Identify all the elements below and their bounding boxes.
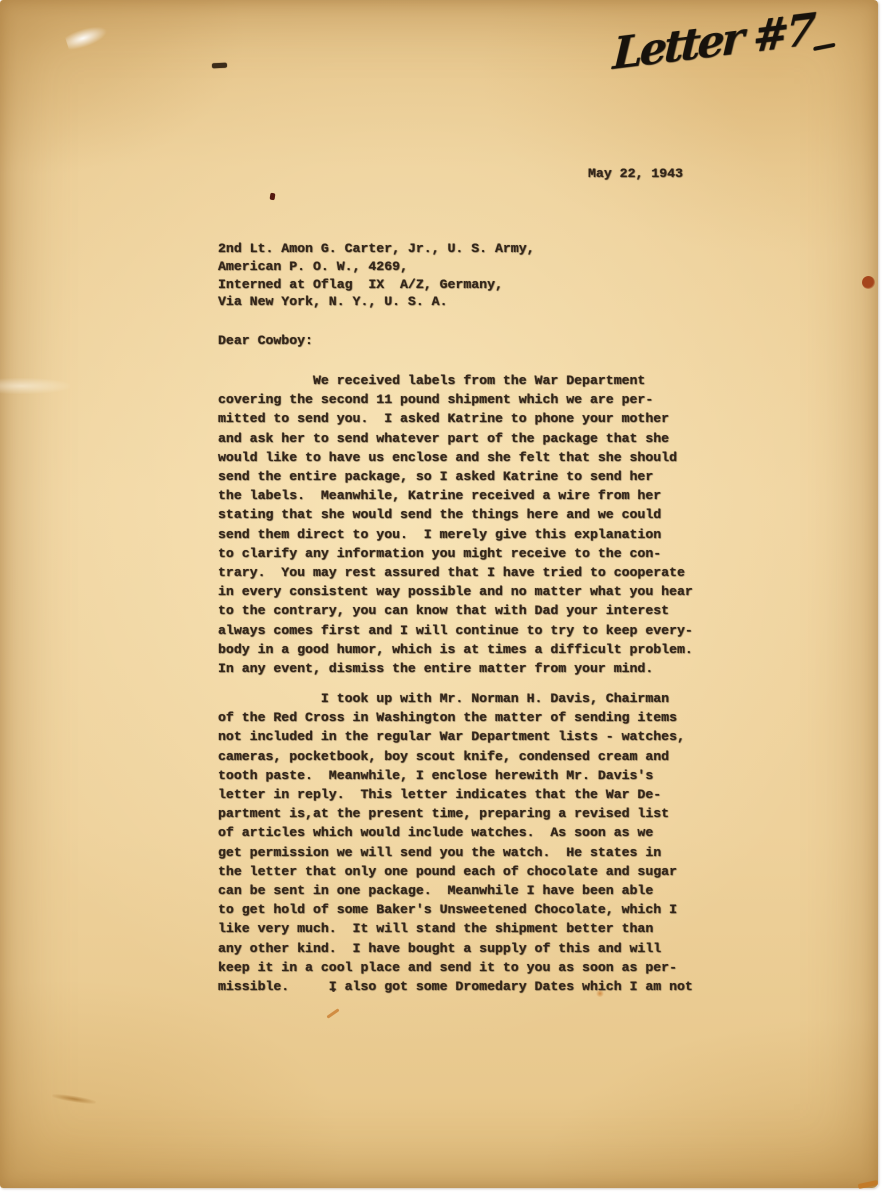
corner-stain-mark bbox=[858, 1180, 879, 1189]
underline-stroke bbox=[814, 43, 836, 51]
ink-speck bbox=[270, 193, 276, 201]
recipient-address: 2nd Lt. Amon G. Carter, Jr., U. S. Army,… bbox=[218, 240, 535, 311]
address-line: 2nd Lt. Amon G. Carter, Jr., U. S. Army, bbox=[218, 241, 535, 256]
red-ink-stain bbox=[862, 276, 875, 289]
address-line: Via New York, N. Y., U. S. A. bbox=[218, 294, 448, 309]
handwritten-annotation-text: Letter #7 bbox=[612, 5, 814, 80]
brown-squiggle-mark bbox=[52, 1093, 96, 1106]
white-smudge-mark bbox=[64, 22, 110, 52]
letter-date: May 22, 1943 bbox=[588, 164, 683, 183]
orange-slash-mark bbox=[326, 1008, 339, 1018]
address-line: American P. O. W., 4269, bbox=[218, 259, 408, 274]
handwritten-annotation: Letter #7 bbox=[612, 2, 838, 80]
body-paragraph-2: I took up with Mr. Norman H. Davis, Chai… bbox=[218, 689, 693, 996]
address-line: Interned at Oflag IX A/Z, Germany, bbox=[218, 277, 503, 292]
light-streak-mark bbox=[0, 378, 70, 394]
salutation: Dear Cowboy: bbox=[218, 331, 313, 350]
scanned-letter-page: Letter #7 May 22, 1943 2nd Lt. Amon G. C… bbox=[0, 0, 894, 1200]
body-paragraph-1: We received labels from the War Departme… bbox=[218, 371, 693, 678]
letter-paper: Letter #7 May 22, 1943 2nd Lt. Amon G. C… bbox=[0, 0, 878, 1188]
pencil-dash-mark bbox=[212, 63, 227, 69]
